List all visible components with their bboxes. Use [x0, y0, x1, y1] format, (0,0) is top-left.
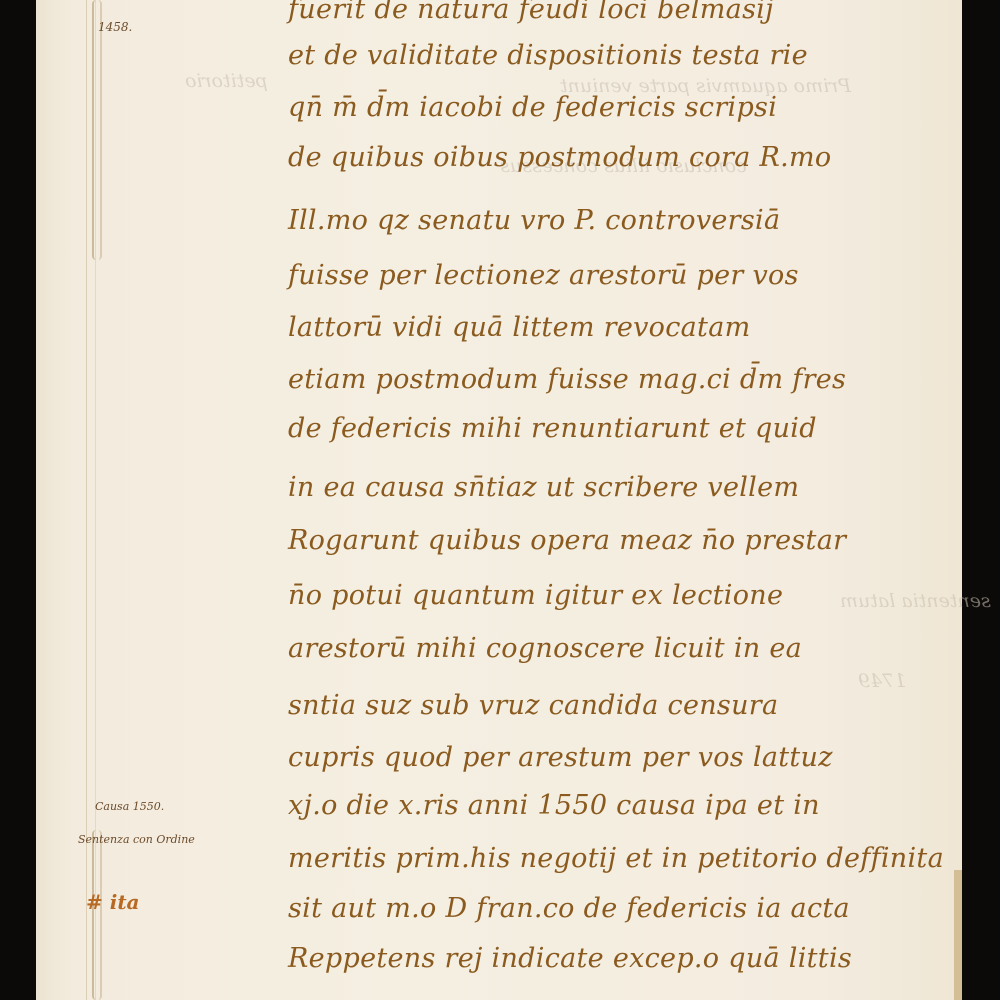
text-line: meritis prim.his negotij et in petitorio… [288, 843, 944, 874]
text-line: et de validitate dispositionis testa rie [288, 40, 808, 71]
text-line: qn̄ m̄ d̄m iacobi de federicis scripsi [288, 92, 777, 123]
margin-sentenza-note: Sentenza con Ordine [78, 833, 195, 846]
margin-year: 1458. [98, 20, 132, 34]
edge-stain [954, 870, 962, 1000]
text-line: Reppetens rej indicate excep.o quā litti… [288, 943, 852, 974]
text-line: in ea causa sn̄tiaz ut scribere vellem [288, 472, 799, 503]
text-line: etiam postmodum fuisse mag.ci d̄m fres [288, 364, 846, 395]
text-line: fuisse per lectionez arestorū per vos [288, 260, 799, 291]
bleed-through-text: petitorio [185, 70, 268, 92]
binding-thread [92, 0, 102, 260]
text-line: arestorū mihi cognoscere licuit in ea [288, 633, 802, 664]
text-line: de quibus oibus postmodum cora R.mo [288, 142, 831, 173]
text-line: sit aut m.o D fran.co de federicis ia ac… [288, 893, 850, 924]
text-line: cupris quod per arestum per vos lattuz [288, 742, 833, 773]
text-line: Ill.mo qz senatu vro P. controversiā [288, 205, 780, 236]
binding-thread [92, 830, 102, 1000]
bleed-through-text: sententia latum [840, 590, 991, 612]
margin-ita-mark: # ita [86, 890, 140, 914]
text-line: de federicis mihi renuntiarunt et quid [288, 413, 817, 444]
margin-causa-note: Causa 1550. [95, 800, 164, 813]
text-line: xj.o die x.ris anni 1550 causa ipa et in [288, 790, 820, 821]
text-line: fuerit de natura feudi loci belmasij [288, 0, 774, 25]
text-line: sntia suz sub vruz candida censura [288, 690, 778, 721]
text-line: lattorū vidi quā littem revocatam [288, 312, 751, 343]
bleed-through-text: 1749 [858, 670, 906, 692]
text-line: n̄o potui quantum igitur ex lectione [288, 580, 783, 611]
text-line: Rogarunt quibus opera meaz n̄o prestar [288, 525, 846, 556]
